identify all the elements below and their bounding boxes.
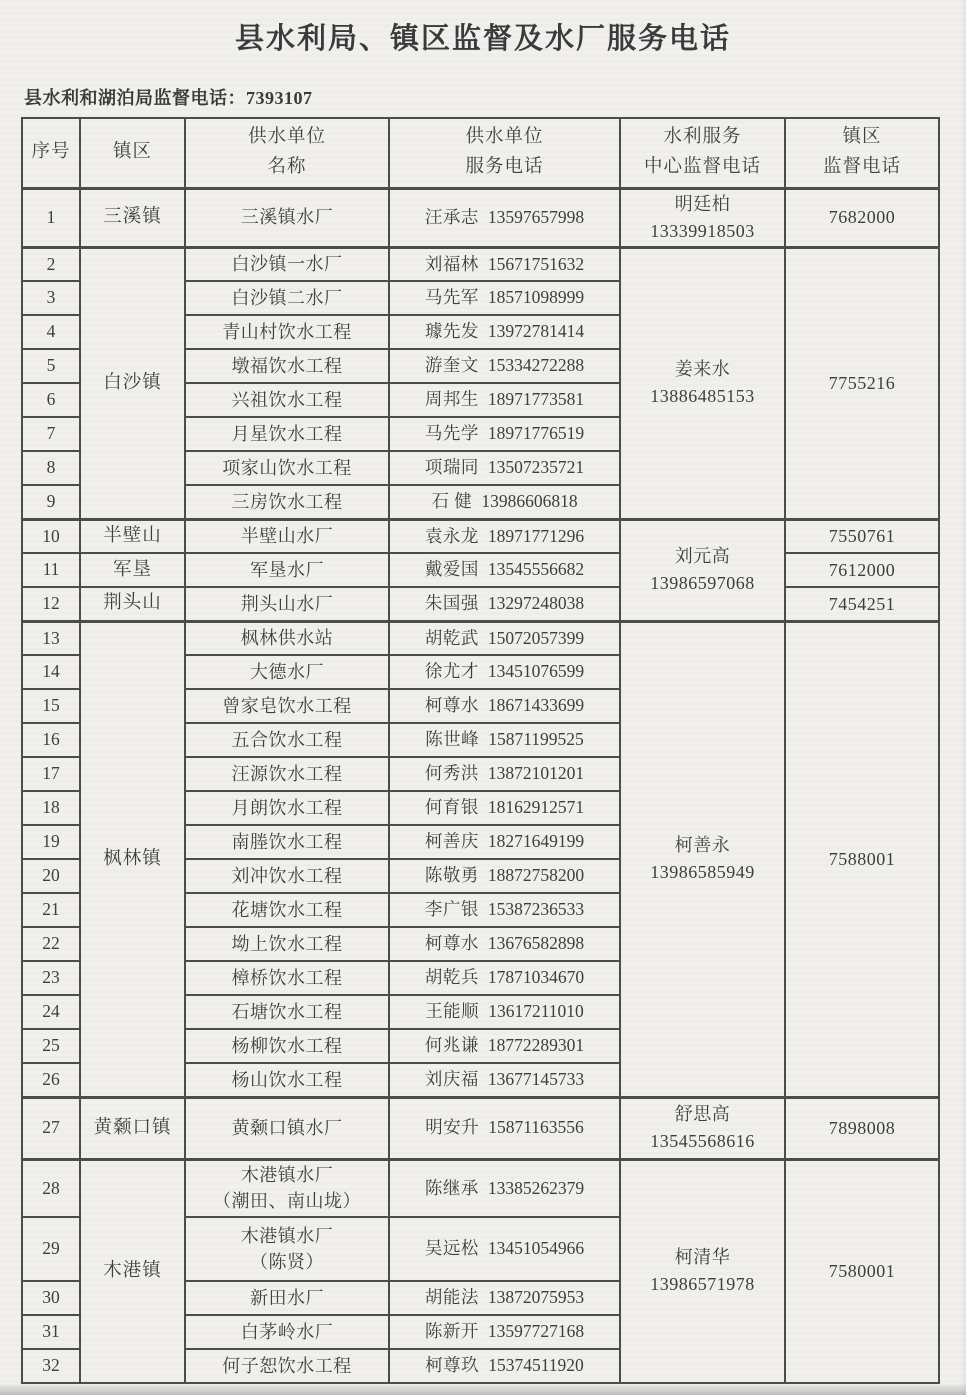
unit-name-cell: 汪源饮水工程 <box>185 757 389 791</box>
supervisor-cell: 舒思高 13545568616 <box>620 1097 785 1159</box>
seq-cell: 1 <box>22 188 80 247</box>
table-row: 27黄颡口镇黄颡口镇水厂明安升15871163556舒思高 1354556861… <box>22 1097 939 1159</box>
unit-name-cell: 半壁山水厂 <box>185 519 389 553</box>
column-header-1: 镇区 <box>80 118 185 188</box>
seq-cell: 29 <box>22 1217 80 1281</box>
town-cell: 三溪镇 <box>80 188 185 247</box>
contact-name: 何育银 <box>425 797 479 817</box>
contact-name: 陈继承 <box>425 1178 479 1198</box>
county-bureau-supervision-phone: 县水利和湖泊局监督电话：7393107 <box>24 84 313 110</box>
contact-name: 柯尊水 <box>425 933 479 953</box>
seq-cell: 9 <box>22 485 80 519</box>
town-phone-cell: 7580001 <box>785 1159 939 1383</box>
contact-phone: 15072057399 <box>488 628 584 648</box>
unit-name-cell: 石塘饮水工程 <box>185 995 389 1029</box>
contact-phone: 15387236533 <box>488 899 584 919</box>
contact-phone: 13451076599 <box>488 661 584 681</box>
table-row: 12荆头山荆头山水厂朱国强132972480387454251 <box>22 587 939 621</box>
contact-name: 明安升 <box>425 1117 479 1137</box>
contact-phone: 13385262379 <box>488 1178 584 1198</box>
unit-name-cell: 木港镇水厂 （陈贤） <box>185 1217 389 1281</box>
service-phone-cell: 项瑞同13507235721 <box>389 451 620 485</box>
seq-cell: 15 <box>22 689 80 723</box>
town-cell: 白沙镇 <box>80 247 185 519</box>
contact-phone: 18671433699 <box>488 695 584 715</box>
table-row: 1三溪镇三溪镇水厂汪承志13597657998明廷柏 1333991850376… <box>22 188 939 247</box>
supervisor-cell: 姜来水 13886485153 <box>620 247 785 519</box>
contact-phone: 18971771296 <box>488 526 584 546</box>
column-header-5: 镇区 监督电话 <box>785 118 939 188</box>
contact-name: 项瑞同 <box>425 457 479 477</box>
service-phone-cell: 陈继承13385262379 <box>389 1159 620 1217</box>
page-title: 县水利局、镇区监督及水厂服务电话 <box>0 0 966 57</box>
service-phone-cell: 马先学18971776519 <box>389 417 620 451</box>
contact-phone: 18271649199 <box>488 831 584 851</box>
seq-cell: 5 <box>22 349 80 383</box>
contact-name: 马先军 <box>425 287 479 307</box>
service-phone-cell: 璩先发13972781414 <box>389 315 620 349</box>
supervisor-cell: 刘元高 13986597068 <box>620 519 785 621</box>
service-phone-cell: 柯尊水13676582898 <box>389 927 620 961</box>
unit-name-cell: 月朗饮水工程 <box>185 791 389 825</box>
unit-name-cell: 曾家皂饮水工程 <box>185 689 389 723</box>
contact-name: 李广银 <box>425 899 479 919</box>
unit-name-cell: 五合饮水工程 <box>185 723 389 757</box>
town-cell: 半壁山 <box>80 519 185 553</box>
contact-name: 陈世峰 <box>425 729 479 749</box>
contact-name: 柯善庆 <box>425 831 479 851</box>
table-row: 2白沙镇白沙镇一水厂刘福林15671751632姜来水 138864851537… <box>22 247 939 281</box>
seq-cell: 7 <box>22 417 80 451</box>
contact-phone: 17871034670 <box>488 967 584 987</box>
unit-name-cell: 杨柳饮水工程 <box>185 1029 389 1063</box>
table-body: 1三溪镇三溪镇水厂汪承志13597657998明廷柏 1333991850376… <box>22 188 939 1383</box>
table-header-row: 序号镇区供水单位 名称供水单位 服务电话水利服务 中心监督电话镇区 监督电话 <box>22 118 939 188</box>
contact-phone: 13597657998 <box>488 207 584 227</box>
contact-name: 何秀洪 <box>425 763 479 783</box>
seq-cell: 18 <box>22 791 80 825</box>
service-phone-cell: 刘福林15671751632 <box>389 247 620 281</box>
seq-cell: 23 <box>22 961 80 995</box>
contact-phone: 15334272288 <box>488 355 584 375</box>
table-row: 28木港镇木港镇水厂 （潮田、南山垅）陈继承13385262379柯清华 139… <box>22 1159 939 1217</box>
unit-name-cell: 月星饮水工程 <box>185 417 389 451</box>
unit-name-cell: 枫林供水站 <box>185 621 389 655</box>
town-phone-cell: 7898008 <box>785 1097 939 1159</box>
service-phone-cell: 柯尊玖15374511920 <box>389 1349 620 1383</box>
town-cell: 荆头山 <box>80 587 185 621</box>
town-phone-cell: 7682000 <box>785 188 939 247</box>
service-phone-cell: 何育银18162912571 <box>389 791 620 825</box>
table-header: 序号镇区供水单位 名称供水单位 服务电话水利服务 中心监督电话镇区 监督电话 <box>22 118 939 188</box>
service-phone-cell: 吴远松13451054966 <box>389 1217 620 1281</box>
service-phone-cell: 陈世峰15871199525 <box>389 723 620 757</box>
contact-phone: 13297248038 <box>488 593 584 613</box>
seq-cell: 10 <box>22 519 80 553</box>
seq-cell: 11 <box>22 553 80 587</box>
seq-cell: 22 <box>22 927 80 961</box>
service-phone-cell: 马先军18571098999 <box>389 281 620 315</box>
contact-phone: 13451054966 <box>488 1238 584 1258</box>
service-phone-cell: 胡乾武15072057399 <box>389 621 620 655</box>
contact-name: 刘庆福 <box>425 1069 479 1089</box>
contact-phone: 13872101201 <box>488 763 584 783</box>
contact-name: 朱国强 <box>425 593 479 613</box>
service-phone-cell: 何秀洪13872101201 <box>389 757 620 791</box>
seq-cell: 28 <box>22 1159 80 1217</box>
seq-cell: 27 <box>22 1097 80 1159</box>
contact-phone: 18872758200 <box>488 865 584 885</box>
contact-phone: 13972781414 <box>488 321 584 341</box>
supervisor-cell: 柯善永 13986585949 <box>620 621 785 1097</box>
contact-name: 徐尤才 <box>425 661 479 681</box>
service-phone-cell: 朱国强13297248038 <box>389 587 620 621</box>
unit-name-cell: 南塍饮水工程 <box>185 825 389 859</box>
unit-name-cell: 三房饮水工程 <box>185 485 389 519</box>
unit-name-cell: 新田水厂 <box>185 1281 389 1315</box>
contact-phone: 13545556682 <box>488 559 584 579</box>
contact-name: 柯尊玖 <box>425 1355 479 1375</box>
unit-name-cell: 兴祖饮水工程 <box>185 383 389 417</box>
unit-name-cell: 白茅岭水厂 <box>185 1315 389 1349</box>
contact-name: 何兆谦 <box>425 1035 479 1055</box>
service-phone-cell: 游奎文15334272288 <box>389 349 620 383</box>
unit-name-cell: 三溪镇水厂 <box>185 188 389 247</box>
column-header-2: 供水单位 名称 <box>185 118 389 188</box>
unit-name-cell: 刘冲饮水工程 <box>185 859 389 893</box>
contact-name: 马先学 <box>425 423 479 443</box>
column-header-3: 供水单位 服务电话 <box>389 118 620 188</box>
unit-name-cell: 墩福饮水工程 <box>185 349 389 383</box>
table-row: 13枫林镇枫林供水站胡乾武15072057399柯善永 139865859497… <box>22 621 939 655</box>
seq-cell: 24 <box>22 995 80 1029</box>
contact-name: 石 健 <box>431 491 472 511</box>
contact-name: 陈新开 <box>425 1321 479 1341</box>
seq-cell: 30 <box>22 1281 80 1315</box>
contact-phone: 15374511920 <box>488 1355 584 1375</box>
town-phone-cell: 7612000 <box>785 553 939 587</box>
contact-phone: 18971776519 <box>488 423 584 443</box>
town-cell: 枫林镇 <box>80 621 185 1097</box>
service-phone-cell: 柯尊水18671433699 <box>389 689 620 723</box>
contact-phone: 18772289301 <box>488 1035 584 1055</box>
unit-name-cell: 杨山饮水工程 <box>185 1063 389 1097</box>
unit-name-cell: 木港镇水厂 （潮田、南山垅） <box>185 1159 389 1217</box>
seq-cell: 21 <box>22 893 80 927</box>
seq-cell: 3 <box>22 281 80 315</box>
service-phone-cell: 周邦生18971773581 <box>389 383 620 417</box>
unit-name-cell: 白沙镇一水厂 <box>185 247 389 281</box>
town-cell: 黄颡口镇 <box>80 1097 185 1159</box>
town-cell: 木港镇 <box>80 1159 185 1383</box>
contact-phone: 13872075953 <box>488 1287 584 1307</box>
contact-phone: 13677145733 <box>488 1069 584 1089</box>
service-phone-cell: 胡乾兵17871034670 <box>389 961 620 995</box>
town-phone-cell: 7588001 <box>785 621 939 1097</box>
service-phone-cell: 徐尤才13451076599 <box>389 655 620 689</box>
town-phone-cell: 7454251 <box>785 587 939 621</box>
seq-cell: 17 <box>22 757 80 791</box>
service-phone-cell: 柯善庆18271649199 <box>389 825 620 859</box>
seq-cell: 2 <box>22 247 80 281</box>
contact-phone: 13507235721 <box>488 457 584 477</box>
seq-cell: 6 <box>22 383 80 417</box>
unit-name-cell: 何子恕饮水工程 <box>185 1349 389 1383</box>
supervisor-cell: 柯清华 13986571978 <box>620 1159 785 1383</box>
contact-name: 胡能法 <box>425 1287 479 1307</box>
contact-name: 王能顺 <box>425 1001 479 1021</box>
contact-phone: 18162912571 <box>488 797 584 817</box>
supervisor-cell: 明廷柏 13339918503 <box>620 188 785 247</box>
scan-bottom-edge-shadow <box>0 1383 966 1395</box>
contact-name: 胡乾武 <box>425 628 479 648</box>
seq-cell: 16 <box>22 723 80 757</box>
seq-cell: 26 <box>22 1063 80 1097</box>
contact-phone: 13597727168 <box>488 1321 584 1341</box>
service-phone-cell: 胡能法13872075953 <box>389 1281 620 1315</box>
unit-name-cell: 荆头山水厂 <box>185 587 389 621</box>
unit-name-cell: 大德水厂 <box>185 655 389 689</box>
service-phone-cell: 袁永龙18971771296 <box>389 519 620 553</box>
table-row: 10半壁山半壁山水厂袁永龙18971771296刘元高 139865970687… <box>22 519 939 553</box>
contact-name: 戴爱国 <box>425 559 479 579</box>
water-service-phone-table: 序号镇区供水单位 名称供水单位 服务电话水利服务 中心监督电话镇区 监督电话 1… <box>21 117 940 1384</box>
service-phone-cell: 陈敬勇18872758200 <box>389 859 620 893</box>
contact-name: 游奎文 <box>425 355 479 375</box>
column-header-4: 水利服务 中心监督电话 <box>620 118 785 188</box>
service-phone-cell: 李广银15387236533 <box>389 893 620 927</box>
unit-name-cell: 花塘饮水工程 <box>185 893 389 927</box>
contact-name: 胡乾兵 <box>425 967 479 987</box>
seq-cell: 13 <box>22 621 80 655</box>
scan-right-edge-shading <box>960 0 966 1395</box>
contact-phone: 15871163556 <box>488 1117 584 1137</box>
contact-phone: 15871199525 <box>488 729 584 749</box>
unit-name-cell: 项家山饮水工程 <box>185 451 389 485</box>
contact-phone: 13986606818 <box>481 491 577 511</box>
unit-name-cell: 黄颡口镇水厂 <box>185 1097 389 1159</box>
contact-phone: 13676582898 <box>488 933 584 953</box>
unit-name-cell: 青山村饮水工程 <box>185 315 389 349</box>
contact-phone: 18571098999 <box>488 287 584 307</box>
service-phone-cell: 何兆谦18772289301 <box>389 1029 620 1063</box>
seq-cell: 8 <box>22 451 80 485</box>
unit-name-cell: 白沙镇二水厂 <box>185 281 389 315</box>
unit-name-cell: 坳上饮水工程 <box>185 927 389 961</box>
table-row: 11军垦军垦水厂戴爱国135455566827612000 <box>22 553 939 587</box>
seq-cell: 19 <box>22 825 80 859</box>
seq-cell: 25 <box>22 1029 80 1063</box>
seq-cell: 20 <box>22 859 80 893</box>
service-phone-cell: 刘庆福13677145733 <box>389 1063 620 1097</box>
service-phone-cell: 汪承志13597657998 <box>389 188 620 247</box>
contact-name: 汪承志 <box>425 207 479 227</box>
contact-phone: 15671751632 <box>488 254 584 274</box>
service-phone-cell: 陈新开13597727168 <box>389 1315 620 1349</box>
seq-cell: 32 <box>22 1349 80 1383</box>
seq-cell: 31 <box>22 1315 80 1349</box>
contact-name: 周邦生 <box>425 389 479 409</box>
scanned-document-page: 县水利局、镇区监督及水厂服务电话 县水利和湖泊局监督电话：7393107 序号镇… <box>0 0 966 1395</box>
seq-cell: 14 <box>22 655 80 689</box>
contact-name: 袁永龙 <box>425 526 479 546</box>
service-phone-cell: 王能顺13617211010 <box>389 995 620 1029</box>
service-phone-cell: 戴爱国13545556682 <box>389 553 620 587</box>
contact-name: 璩先发 <box>425 321 479 341</box>
town-cell: 军垦 <box>80 553 185 587</box>
contact-name: 吴远松 <box>425 1238 479 1258</box>
seq-cell: 12 <box>22 587 80 621</box>
unit-name-cell: 军垦水厂 <box>185 553 389 587</box>
contact-phone: 13617211010 <box>488 1001 584 1021</box>
contact-name: 柯尊水 <box>425 695 479 715</box>
service-phone-cell: 石 健13986606818 <box>389 485 620 519</box>
service-phone-cell: 明安升15871163556 <box>389 1097 620 1159</box>
contact-phone: 18971773581 <box>488 389 584 409</box>
contact-name: 刘福林 <box>425 254 479 274</box>
column-header-0: 序号 <box>22 118 80 188</box>
seq-cell: 4 <box>22 315 80 349</box>
unit-name-cell: 樟桥饮水工程 <box>185 961 389 995</box>
contact-name: 陈敬勇 <box>425 865 479 885</box>
town-phone-cell: 7550761 <box>785 519 939 553</box>
town-phone-cell: 7755216 <box>785 247 939 519</box>
